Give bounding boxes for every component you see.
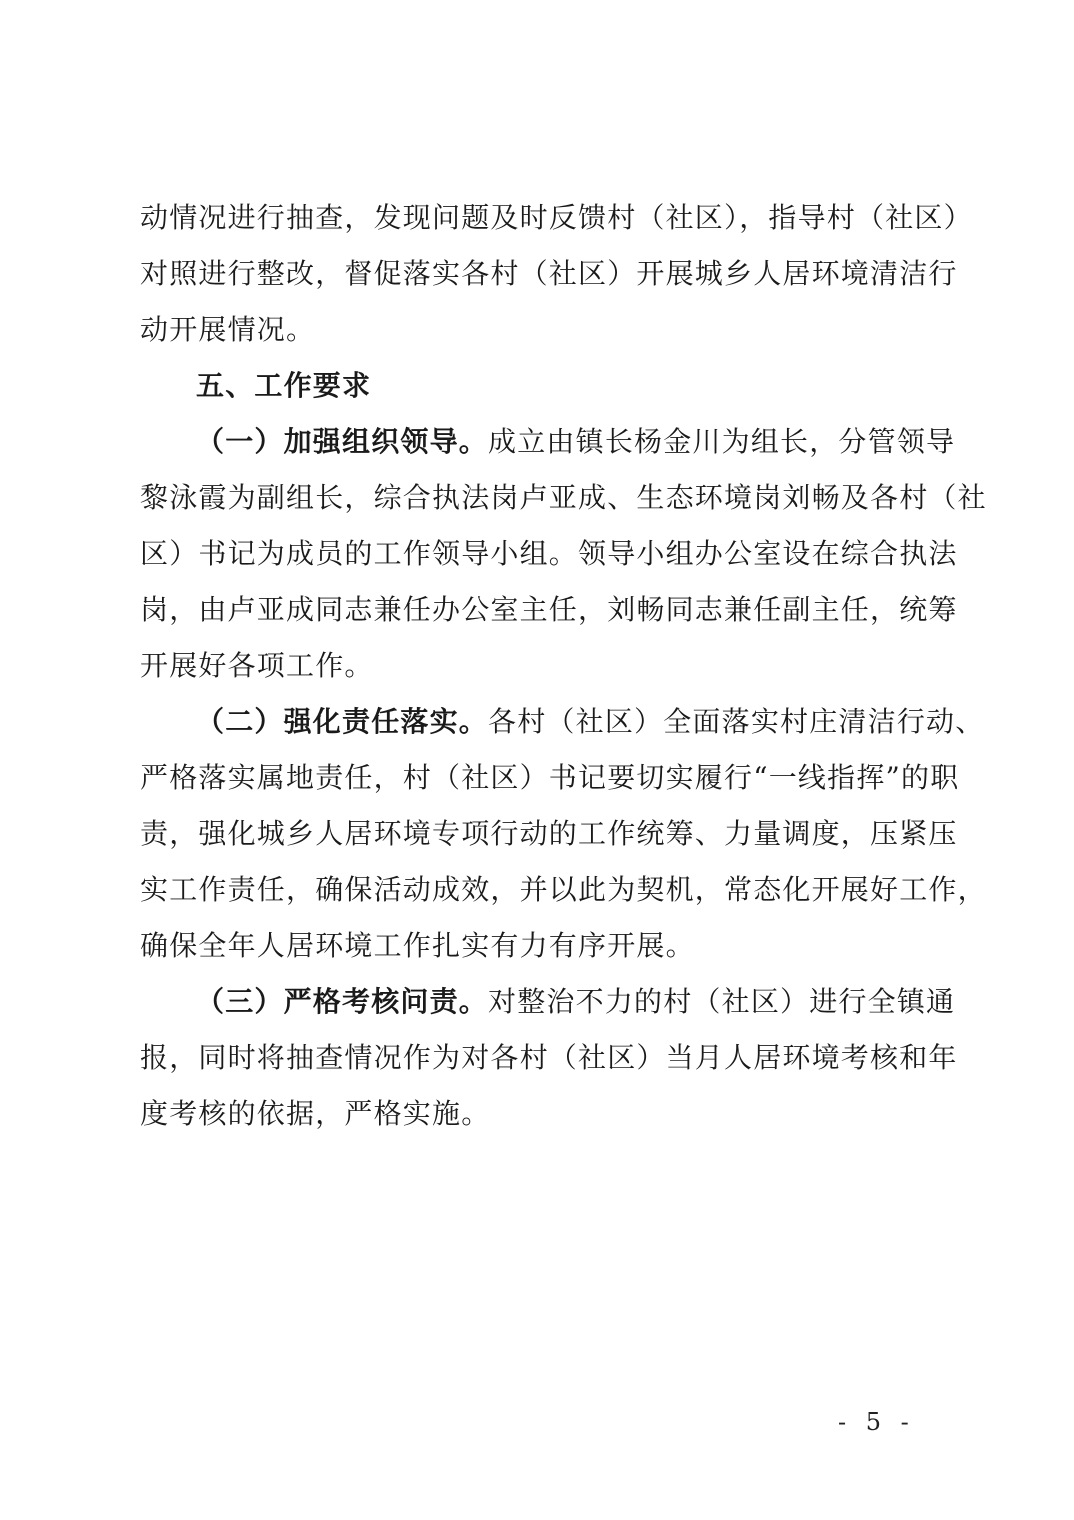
text-line: 动情况进行抽查，发现问题及时反馈村（社区），指导村（社区）	[140, 190, 940, 246]
text-line: 实工作责任，确保活动成效，并以此为契机，常态化开展好工作，	[140, 862, 940, 918]
text-line: 报，同时将抽查情况作为对各村（社区）当月人居环境考核和年	[140, 1030, 940, 1086]
item-paragraph-2: （二）强化责任落实。各村（社区）全面落实村庄清洁行动、 严格落实属地责任，村（社…	[140, 694, 940, 974]
text-line: 对照进行整改，督促落实各村（社区）开展城乡人居环境清洁行	[140, 246, 940, 302]
item-paragraph-1: （一）加强组织领导。成立由镇长杨金川为组长，分管领导 黎泳霞为副组长，综合执法岗…	[140, 414, 940, 694]
item-text: 各村（社区）全面落实村庄清洁行动、	[488, 705, 984, 738]
item-text: 对整治不力的村（社区）进行全镇通	[488, 985, 955, 1018]
text-line: 黎泳霞为副组长，综合执法岗卢亚成、生态环境岗刘畅及各村（社	[140, 470, 940, 526]
continuation-paragraph: 动情况进行抽查，发现问题及时反馈村（社区），指导村（社区） 对照进行整改，督促落…	[140, 190, 940, 358]
text-line: （二）强化责任落实。各村（社区）全面落实村庄清洁行动、	[140, 694, 940, 750]
item-title: （三）严格考核问责。	[196, 985, 488, 1018]
text-line: 区）书记为成员的工作领导小组。领导小组办公室设在综合执法	[140, 526, 940, 582]
item-paragraph-3: （三）严格考核问责。对整治不力的村（社区）进行全镇通 报，同时将抽查情况作为对各…	[140, 974, 940, 1142]
item-text: 成立由镇长杨金川为组长，分管领导	[488, 425, 955, 458]
document-page: 动情况进行抽查，发现问题及时反馈村（社区），指导村（社区） 对照进行整改，督促落…	[140, 190, 940, 1142]
text-line: 岗，由卢亚成同志兼任办公室主任，刘畅同志兼任副主任，统筹	[140, 582, 940, 638]
section-heading: 五、工作要求	[140, 358, 940, 414]
item-title: （一）加强组织领导。	[196, 425, 488, 458]
text-line: （一）加强组织领导。成立由镇长杨金川为组长，分管领导	[140, 414, 940, 470]
item-title: （二）强化责任落实。	[196, 705, 488, 738]
text-line: 开展好各项工作。	[140, 638, 940, 694]
text-line: 严格落实属地责任，村（社区）书记要切实履行“一线指挥”的职	[140, 750, 940, 806]
text-line: 确保全年人居环境工作扎实有力有序开展。	[140, 918, 940, 974]
page-number: - 5 -	[838, 1408, 915, 1436]
text-line: 责，强化城乡人居环境专项行动的工作统筹、力量调度，压紧压	[140, 806, 940, 862]
text-line: 度考核的依据，严格实施。	[140, 1086, 940, 1142]
text-line: （三）严格考核问责。对整治不力的村（社区）进行全镇通	[140, 974, 940, 1030]
text-line: 动开展情况。	[140, 302, 940, 358]
